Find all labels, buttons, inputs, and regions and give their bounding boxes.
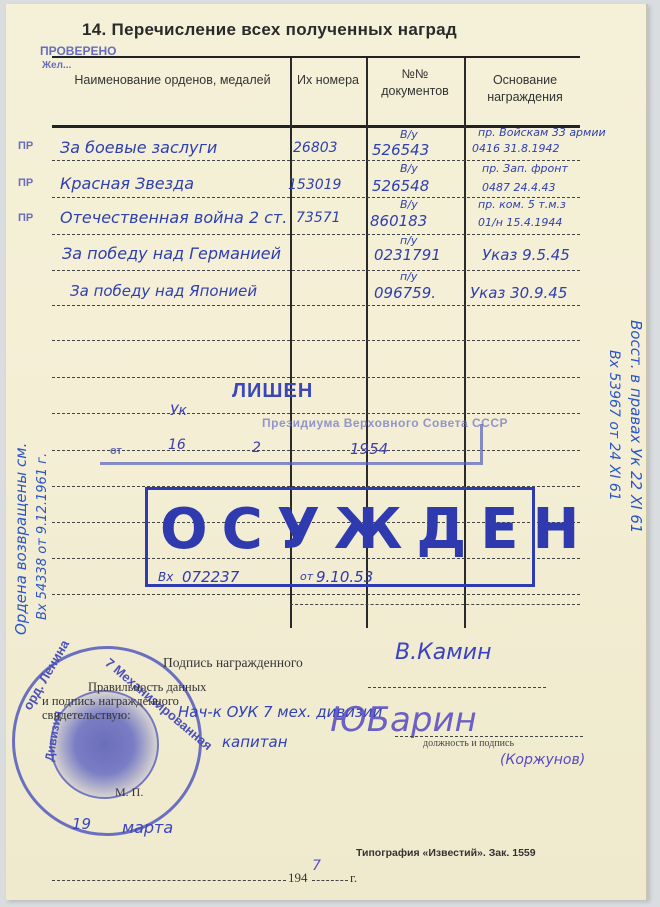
award-basis: пр. Зап. фронт <box>482 162 568 175</box>
deprived-stamp-frame <box>100 424 483 465</box>
verification-label-line1: Правильность данных <box>88 680 206 695</box>
position-caption: должность и подпись <box>423 738 514 749</box>
column-header-basis: Основание награждения <box>470 72 580 106</box>
doc-number: 0231791 <box>374 246 441 264</box>
table-top-rule <box>52 56 580 58</box>
left-margin-note-line2: Вх 54338 от 9.12.1961 г. <box>35 453 50 620</box>
awardee-signature-label: Подпись награжденного <box>163 655 303 671</box>
award-name: За победу над Японией <box>70 282 257 300</box>
award-basis: Указ 30.9.45 <box>470 284 567 302</box>
award-basis: пр. ком. 5 т.м.з <box>478 198 566 211</box>
doc-series: В/у <box>400 128 418 141</box>
doc-number: 096759. <box>374 284 436 302</box>
date-day: 19 <box>72 815 91 833</box>
award-name: За боевые заслуги <box>60 138 217 157</box>
right-margin-note-line1: Восст. в правах Ук 22 XI 61 <box>627 320 645 533</box>
column-header-documents: №№ документов <box>370 66 460 100</box>
verification-label-line2: и подпись награжденного <box>42 694 179 709</box>
convicted-stamp-date-prefix: от <box>300 570 313 583</box>
verifier-rank: капитан <box>222 733 288 751</box>
doc-series: п/у <box>400 270 417 283</box>
deprived-stamp-day: 16 <box>168 437 186 453</box>
award-basis-date: 0416 31.8.1942 <box>472 142 559 155</box>
stamp-place-label: М. П. <box>115 785 143 800</box>
award-number: 26803 <box>293 140 338 156</box>
deprived-stamp-month: 2 <box>252 440 261 456</box>
doc-number: 526543 <box>372 141 429 159</box>
row-prefix-stamp: ПР <box>18 177 33 189</box>
date-year-handwritten: 7 <box>312 858 321 874</box>
doc-series: В/у <box>400 198 418 211</box>
award-basis-date: 01/н 15.4.1944 <box>478 216 562 229</box>
date-month: марта <box>122 818 173 837</box>
deprived-stamp-date-prefix: от <box>110 445 122 457</box>
awardee-signature-line <box>368 687 546 688</box>
award-number: 153019 <box>288 177 341 193</box>
printer-footer: Типография «Известий». Зак. 1559 <box>356 847 536 859</box>
section-title: 14. Перечисление всех полученных наград <box>82 20 457 40</box>
left-margin-note-line1: Ордена возвращены см. <box>12 443 30 635</box>
convicted-stamp-number: 072237 <box>182 568 239 586</box>
doc-number: 860183 <box>370 212 427 230</box>
award-name: Отечественная войнa 2 ст. <box>60 208 287 227</box>
verification-label-line3: свидетельствую: <box>42 708 131 723</box>
row-prefix-stamp: ПР <box>18 140 33 152</box>
award-basis-date: 0487 24.4.43 <box>482 181 555 194</box>
doc-number: 526548 <box>372 177 429 195</box>
position-signature-line <box>395 736 583 737</box>
deprived-stamp-year: 1954 <box>350 440 388 458</box>
right-margin-note-line2: Вх 53967 от 24 XI 61 <box>606 350 622 501</box>
award-basis: пр. Войскам 33 армии <box>478 126 606 139</box>
date-year-suffix: г. <box>350 870 357 886</box>
award-name: Красная Звезда <box>60 174 194 193</box>
row-prefix-stamp: ПР <box>18 212 33 224</box>
convicted-stamp-title: ОСУЖДЕН <box>160 497 593 562</box>
deprived-stamp-title: ЛИШЕН <box>232 380 313 403</box>
column-header-awards: Наименование орденов, медалей <box>60 72 285 89</box>
date-year-line <box>312 880 348 881</box>
doc-series: В/у <box>400 162 418 175</box>
award-name: За победу над Германией <box>62 244 281 263</box>
convicted-stamp-number-prefix: Вх <box>158 570 173 584</box>
verifier-signature: ЮБарин <box>330 700 477 740</box>
awardee-signature: В.Камин <box>395 640 491 665</box>
date-line <box>52 880 286 881</box>
award-basis: Указ 9.5.45 <box>482 246 570 264</box>
convicted-stamp-date: 9.10.53 <box>316 568 373 586</box>
date-year-prefix: 194 <box>288 870 308 886</box>
column-header-numbers: Их номера <box>294 72 362 89</box>
checked-stamp-sub: Жел... <box>42 60 71 71</box>
verifier-name: (Коржунов) <box>500 752 585 768</box>
deprived-stamp-handwritten: Ук <box>170 403 187 419</box>
award-number: 73571 <box>296 210 341 226</box>
